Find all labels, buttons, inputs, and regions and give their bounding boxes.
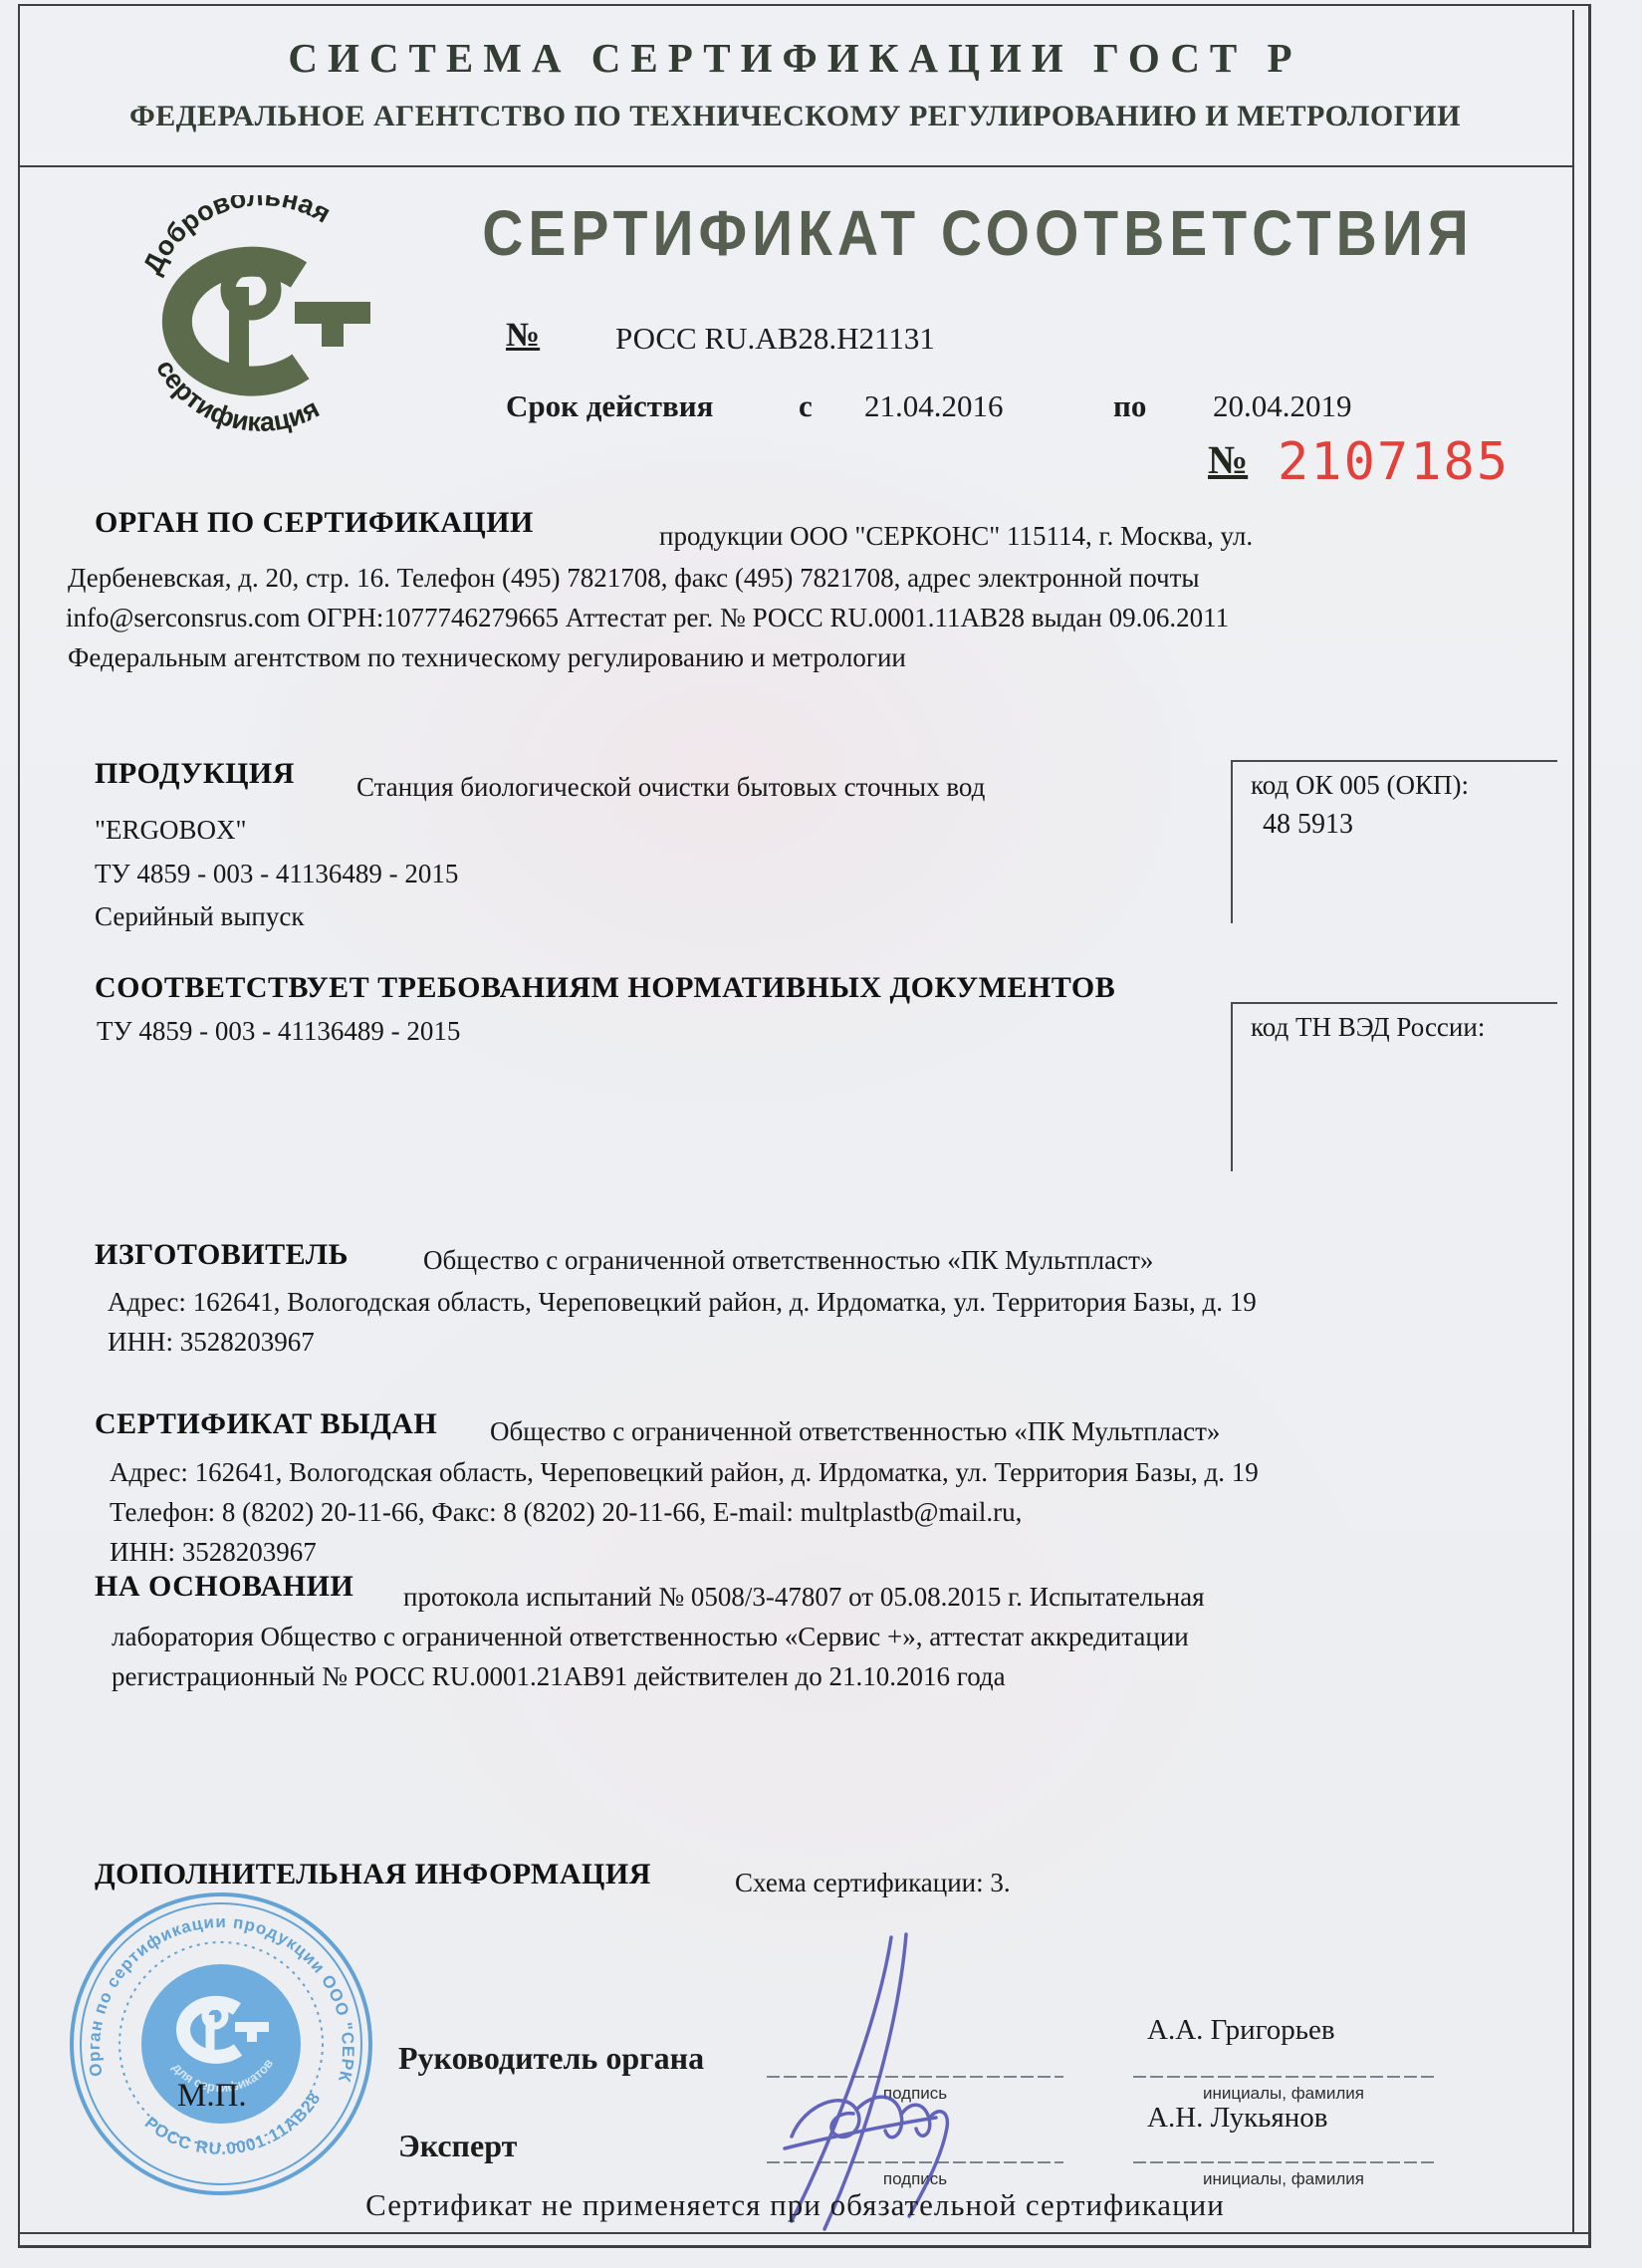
- basis-line2: лаборатория Общество с ограниченной отве…: [112, 1622, 1189, 1652]
- mp-mark: М.П.: [177, 2078, 247, 2115]
- basis-line1: протокола испытаний № 0508/3-47807 от 05…: [403, 1582, 1205, 1613]
- conformity-doc: ТУ 4859 - 003 - 41136489 - 2015: [97, 1016, 460, 1047]
- expert-label: Эксперт: [398, 2128, 517, 2164]
- issued-to-contacts: Телефон: 8 (8202) 20-11-66, Факс: 8 (820…: [110, 1497, 1022, 1528]
- manufacturer-label: ИЗГОТОВИТЕЛЬ: [95, 1238, 349, 1272]
- issued-to-name: Общество с ограниченной ответственностью…: [490, 1416, 1220, 1447]
- manufacturer-name: Общество с ограниченной ответственностью…: [423, 1245, 1153, 1276]
- head-name-caption: инициалы, фамилия: [1133, 2084, 1434, 2104]
- header-divider: [20, 165, 1572, 167]
- issued-to-label: СЕРТИФИКАТ ВЫДАН: [95, 1407, 437, 1441]
- product-serial: Серийный выпуск: [95, 901, 304, 932]
- org-line3: info@serconsrus.com ОГРН:1077746279665 А…: [66, 603, 1229, 633]
- system-title: СИСТЕМА СЕРТИФИКАЦИИ ГОСТ Р: [18, 34, 1572, 82]
- frame-left: [18, 4, 20, 2248]
- validity-to-label: по: [1113, 388, 1146, 424]
- agency-title: ФЕДЕРАЛЬНОЕ АГЕНТСТВО ПО ТЕХНИЧЕСКОМУ РЕ…: [18, 100, 1572, 133]
- okp-label: код ОК 005 (ОКП):: [1251, 770, 1469, 801]
- validity-to-date: 20.04.2019: [1213, 388, 1352, 424]
- validity-label: Срок действия: [506, 388, 713, 424]
- validity-from-date: 21.04.2016: [864, 388, 1004, 424]
- frame-right-inner: [1572, 10, 1574, 2234]
- issued-to-inn: ИНН: 3528203967: [110, 1537, 317, 1568]
- expert-name-caption: инициалы, фамилия: [1133, 2169, 1434, 2189]
- basis-line3: регистрационный № РОСС RU.0001.21АВ91 де…: [112, 1661, 1006, 1692]
- issued-to-address: Адрес: 162641, Вологодская область, Чере…: [110, 1457, 1259, 1488]
- rst-mark: [177, 262, 370, 381]
- basis-label: НА ОСНОВАНИИ: [95, 1570, 353, 1604]
- frame-top: [18, 4, 1591, 6]
- product-name: Станция биологической очистки бытовых ст…: [356, 772, 985, 803]
- certification-stamp: Орган по сертификации продукции ООО "СЕР…: [62, 1885, 380, 2203]
- blank-no-label: №: [1208, 436, 1248, 483]
- head-name: А.А. Григорьев: [1147, 2014, 1335, 2047]
- additional-value: Схема сертификации: 3.: [735, 1868, 1011, 1898]
- blank-no-value: 2107185: [1278, 432, 1510, 492]
- org-label: ОРГАН ПО СЕРТИФИКАЦИИ: [95, 506, 534, 540]
- tnved-label: код ТН ВЭД России:: [1251, 1012, 1485, 1043]
- manufacturer-inn: ИНН: 3528203967: [108, 1327, 315, 1358]
- org-line2: Дербеневская, д. 20, стр. 16. Телефон (4…: [68, 563, 1200, 594]
- cert-no-value: РОСС RU.АВ28.Н21131: [615, 321, 935, 357]
- product-brand: "ERGOBOX": [95, 815, 247, 846]
- expert-name-line: [1133, 2161, 1434, 2163]
- head-name-line: [1133, 2076, 1434, 2078]
- certificate-title: СЕРТИФИКАТ СООТВЕТСТВИЯ: [390, 197, 1565, 271]
- certificate-page: СИСТЕМА СЕРТИФИКАЦИИ ГОСТ Р ФЕДЕРАЛЬНОЕ …: [0, 0, 1642, 2268]
- product-tu: ТУ 4859 - 003 - 41136489 - 2015: [95, 859, 458, 889]
- head-of-body-label: Руководитель органа: [398, 2040, 704, 2077]
- manufacturer-address: Адрес: 162641, Вологодская область, Чере…: [108, 1287, 1257, 1318]
- org-line4: Федеральным агентством по техническому р…: [68, 642, 906, 673]
- frame-bottom-outer: [18, 2245, 1591, 2248]
- org-intro: продукции ООО "СЕРКОНС" 115114, г. Москв…: [659, 521, 1253, 552]
- conformity-label: СООТВЕТСТВУЕТ ТРЕБОВАНИЯМ НОРМАТИВНЫХ ДО…: [95, 971, 1115, 1005]
- validity-from-label: с: [799, 388, 813, 424]
- rst-logo: Добровольная сертификация: [127, 195, 396, 434]
- okp-value: 48 5913: [1263, 809, 1353, 841]
- frame-right-outer: [1588, 4, 1591, 2248]
- product-label: ПРОДУКЦИЯ: [95, 757, 295, 791]
- expert-name: А.Н. Лукьянов: [1147, 2102, 1327, 2135]
- footer-note: Сертификат не применяется при обязательн…: [18, 2187, 1572, 2223]
- cert-no-label: №: [506, 317, 540, 355]
